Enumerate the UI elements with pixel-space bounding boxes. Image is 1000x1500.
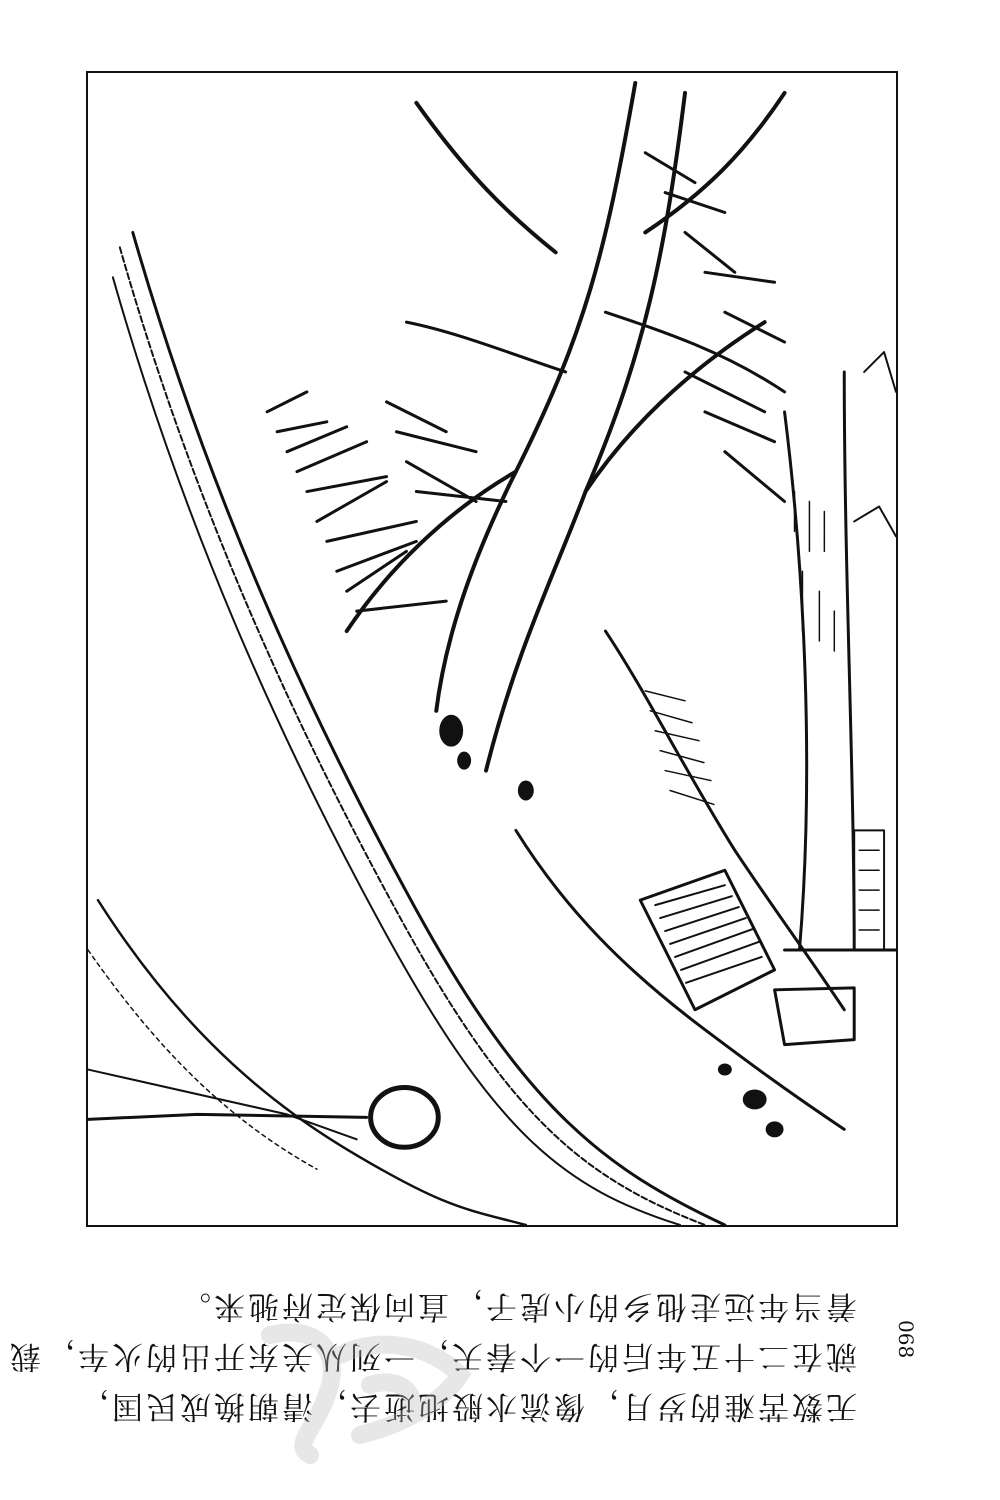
railway-tracks — [88, 232, 725, 1225]
caption-char: 像 — [552, 1390, 586, 1421]
page-number: 068 — [894, 1320, 918, 1358]
caption-char: 二 — [756, 1340, 790, 1371]
caption-char: 的 — [144, 1340, 178, 1371]
caption-char: ， — [76, 1390, 110, 1421]
caption-char: 无 — [824, 1390, 858, 1421]
caption-block: ，国民成换朝清，去逝地般水流像，月岁的难苦数无 载，车火的出开东关从列一，天春个… — [86, 1270, 898, 1470]
caption-char: 向 — [382, 1290, 416, 1321]
caption-char: 小 — [552, 1290, 586, 1321]
caption-char: 列 — [348, 1340, 382, 1371]
caption-char: 车 — [76, 1340, 110, 1371]
caption-char: 地 — [416, 1390, 450, 1421]
caption-char: 月 — [620, 1390, 654, 1421]
caption-char: 来 — [212, 1290, 246, 1321]
caption-char: ， — [450, 1290, 484, 1321]
caption-char: 载 — [8, 1340, 42, 1371]
caption-char: 国 — [110, 1390, 144, 1421]
caption-char: 般 — [450, 1390, 484, 1421]
caption-char: 保 — [348, 1290, 382, 1321]
caption-char: 天 — [450, 1340, 484, 1371]
caption-char: 着 — [824, 1290, 858, 1321]
caption-char: ， — [416, 1340, 450, 1371]
caption-char: 朝 — [246, 1390, 280, 1421]
village — [516, 352, 896, 1129]
caption-char: 换 — [212, 1390, 246, 1421]
caption-char: 从 — [314, 1340, 348, 1371]
caption-char: 走 — [688, 1290, 722, 1321]
caption-char: 开 — [212, 1340, 246, 1371]
caption-char: 的 — [586, 1340, 620, 1371]
caption-char: 岁 — [654, 1390, 688, 1421]
caption-char: 清 — [280, 1390, 314, 1421]
caption-char: 在 — [790, 1340, 824, 1371]
caption-char: 春 — [484, 1340, 518, 1371]
caption-char: 驰 — [246, 1290, 280, 1321]
caption-char: 出 — [178, 1340, 212, 1371]
caption-char: 个 — [518, 1340, 552, 1371]
caption-char: 难 — [722, 1390, 756, 1421]
ink-blots — [439, 715, 783, 1138]
caption-char: 水 — [484, 1390, 518, 1421]
caption-char: 民 — [144, 1390, 178, 1421]
caption-char: 。 — [178, 1290, 212, 1321]
caption-char: 火 — [110, 1340, 144, 1371]
caption-char: 五 — [688, 1340, 722, 1371]
caption-char: 苦 — [756, 1390, 790, 1421]
caption-char: 关 — [280, 1340, 314, 1371]
caption-char: 乡 — [620, 1290, 654, 1321]
caption-char: 定 — [314, 1290, 348, 1321]
caption-char: 他 — [654, 1290, 688, 1321]
caption-char: 年 — [756, 1290, 790, 1321]
caption-char: 东 — [246, 1340, 280, 1371]
caption-char: 直 — [416, 1290, 450, 1321]
caption-char: 当 — [790, 1290, 824, 1321]
caption-char: ， — [586, 1390, 620, 1421]
caption-char: 的 — [688, 1390, 722, 1421]
illustration-frame — [86, 71, 898, 1227]
caption-char: 的 — [586, 1290, 620, 1321]
caption-char: 后 — [620, 1340, 654, 1371]
caption-char: ， — [314, 1390, 348, 1421]
caption-char: 远 — [722, 1290, 756, 1321]
caption-char: 去 — [348, 1390, 382, 1421]
caption-char: 一 — [382, 1340, 416, 1371]
caption-char: 府 — [280, 1290, 314, 1321]
caption-char: 逝 — [382, 1390, 416, 1421]
caption-char: 流 — [518, 1390, 552, 1421]
caption-line-1: ，国民成换朝清，去逝地般水流像，月岁的难苦数无 — [76, 1390, 858, 1421]
caption-line-3: 。来驰府定保向直，子虎小的乡他走远年当着 — [178, 1290, 858, 1321]
caption-char: 虎 — [518, 1290, 552, 1321]
caption-char: ， — [42, 1340, 76, 1371]
signal-lamp — [88, 1087, 438, 1147]
landscape-illustration — [88, 73, 896, 1225]
caption-char: 年 — [654, 1340, 688, 1371]
tree — [347, 83, 785, 771]
caption-line-2: 载，车火的出开东关从列一，天春个一的后年五十二在就 — [8, 1340, 858, 1371]
caption-char: 就 — [824, 1340, 858, 1371]
foliage — [267, 153, 784, 611]
caption-char: 数 — [790, 1390, 824, 1421]
caption-char: 成 — [178, 1390, 212, 1421]
caption-char: 十 — [722, 1340, 756, 1371]
caption-char: 一 — [552, 1340, 586, 1371]
caption-char: 子 — [484, 1290, 518, 1321]
